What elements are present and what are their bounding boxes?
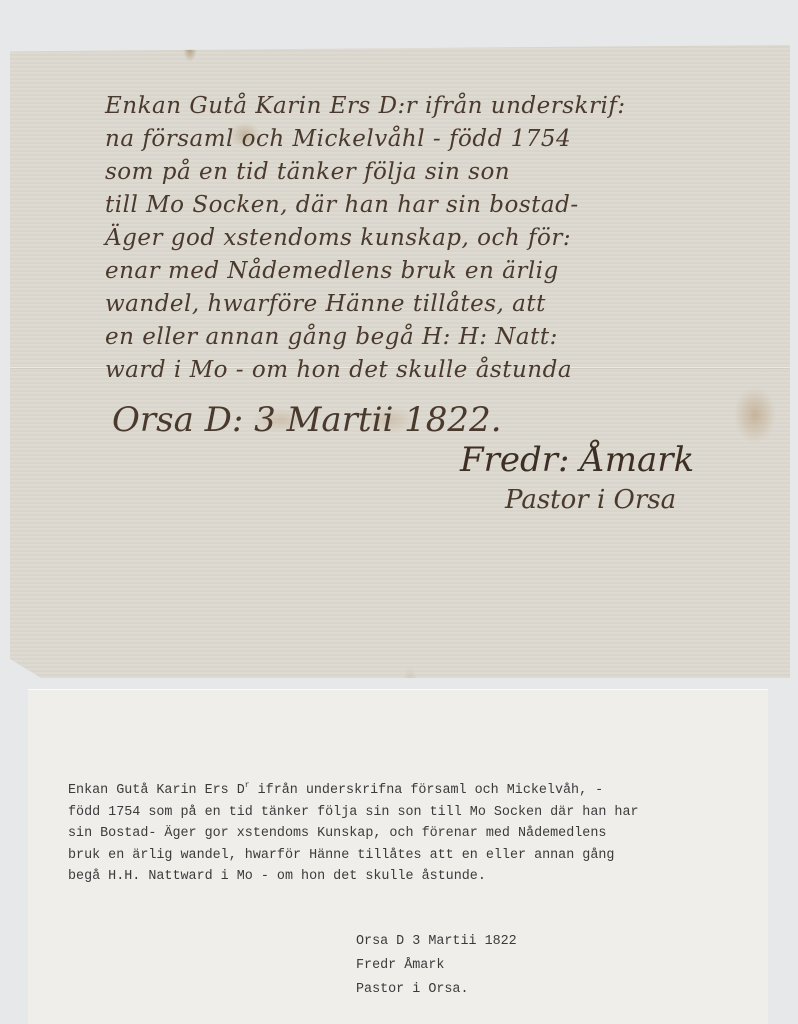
transcription-date: Orsa D 3 Martii 1822 xyxy=(356,930,517,954)
transcription-text: Enkan Gutå Karin Ers D xyxy=(68,783,245,798)
manuscript-line: enar med Nådemedlens bruk en ärlig xyxy=(105,255,785,288)
transcription-signature: Fredr Åmark xyxy=(356,954,517,978)
manuscript-line: till Mo Socken, där han har sin bostad- xyxy=(105,189,785,222)
transcription-text: ifrån underskrifna församl och Mickelvåh… xyxy=(250,783,604,798)
manuscript-signature-title: Pastor i Orsa xyxy=(505,485,676,515)
manuscript-line: wandel, hwarföre Hänne tillåtes, att xyxy=(105,288,785,321)
transcription-line: Enkan Gutå Karin Ers Dr ifrån underskrif… xyxy=(68,783,603,798)
transcription-line: sin Bostad- Äger gor xstendoms Kunskap, … xyxy=(68,826,606,841)
transcription-body: Enkan Gutå Karin Ers Dr ifrån underskrif… xyxy=(68,775,639,888)
transcription-line: bruk en ärlig wandel, hwarför Hänne till… xyxy=(68,848,614,863)
transcription-line: född 1754 som på en tid tänker följa sin… xyxy=(68,805,639,820)
transcription-line: begå H.H. Nattward i Mo - om hon det sku… xyxy=(68,869,486,884)
manuscript-line: som på en tid tänker följa sin son xyxy=(105,156,785,189)
manuscript-line: Enkan Gutå Karin Ers D:r ifrån underskri… xyxy=(105,90,785,123)
manuscript-line: en eller annan gång begå H: H: Natt: xyxy=(105,321,785,354)
manuscript-line: Äger god xstendoms kunskap, och för: xyxy=(105,222,785,255)
transcription-signature-block: Orsa D 3 Martii 1822 Fredr Åmark Pastor … xyxy=(356,930,517,1002)
manuscript-line: na församl och Mickelvåhl - född 1754 xyxy=(105,123,785,156)
transcription-sheet: Enkan Gutå Karin Ers Dr ifrån underskrif… xyxy=(28,690,768,1024)
manuscript-signature: Fredr: Åmark xyxy=(460,440,694,480)
manuscript-body: Enkan Gutå Karin Ers D:r ifrån underskri… xyxy=(105,90,785,387)
transcription-signature-title: Pastor i Orsa. xyxy=(356,978,517,1002)
manuscript-date: Orsa D: 3 Martii 1822. xyxy=(112,400,502,440)
manuscript-line: ward i Mo - om hon det skulle åstunda xyxy=(105,354,785,387)
